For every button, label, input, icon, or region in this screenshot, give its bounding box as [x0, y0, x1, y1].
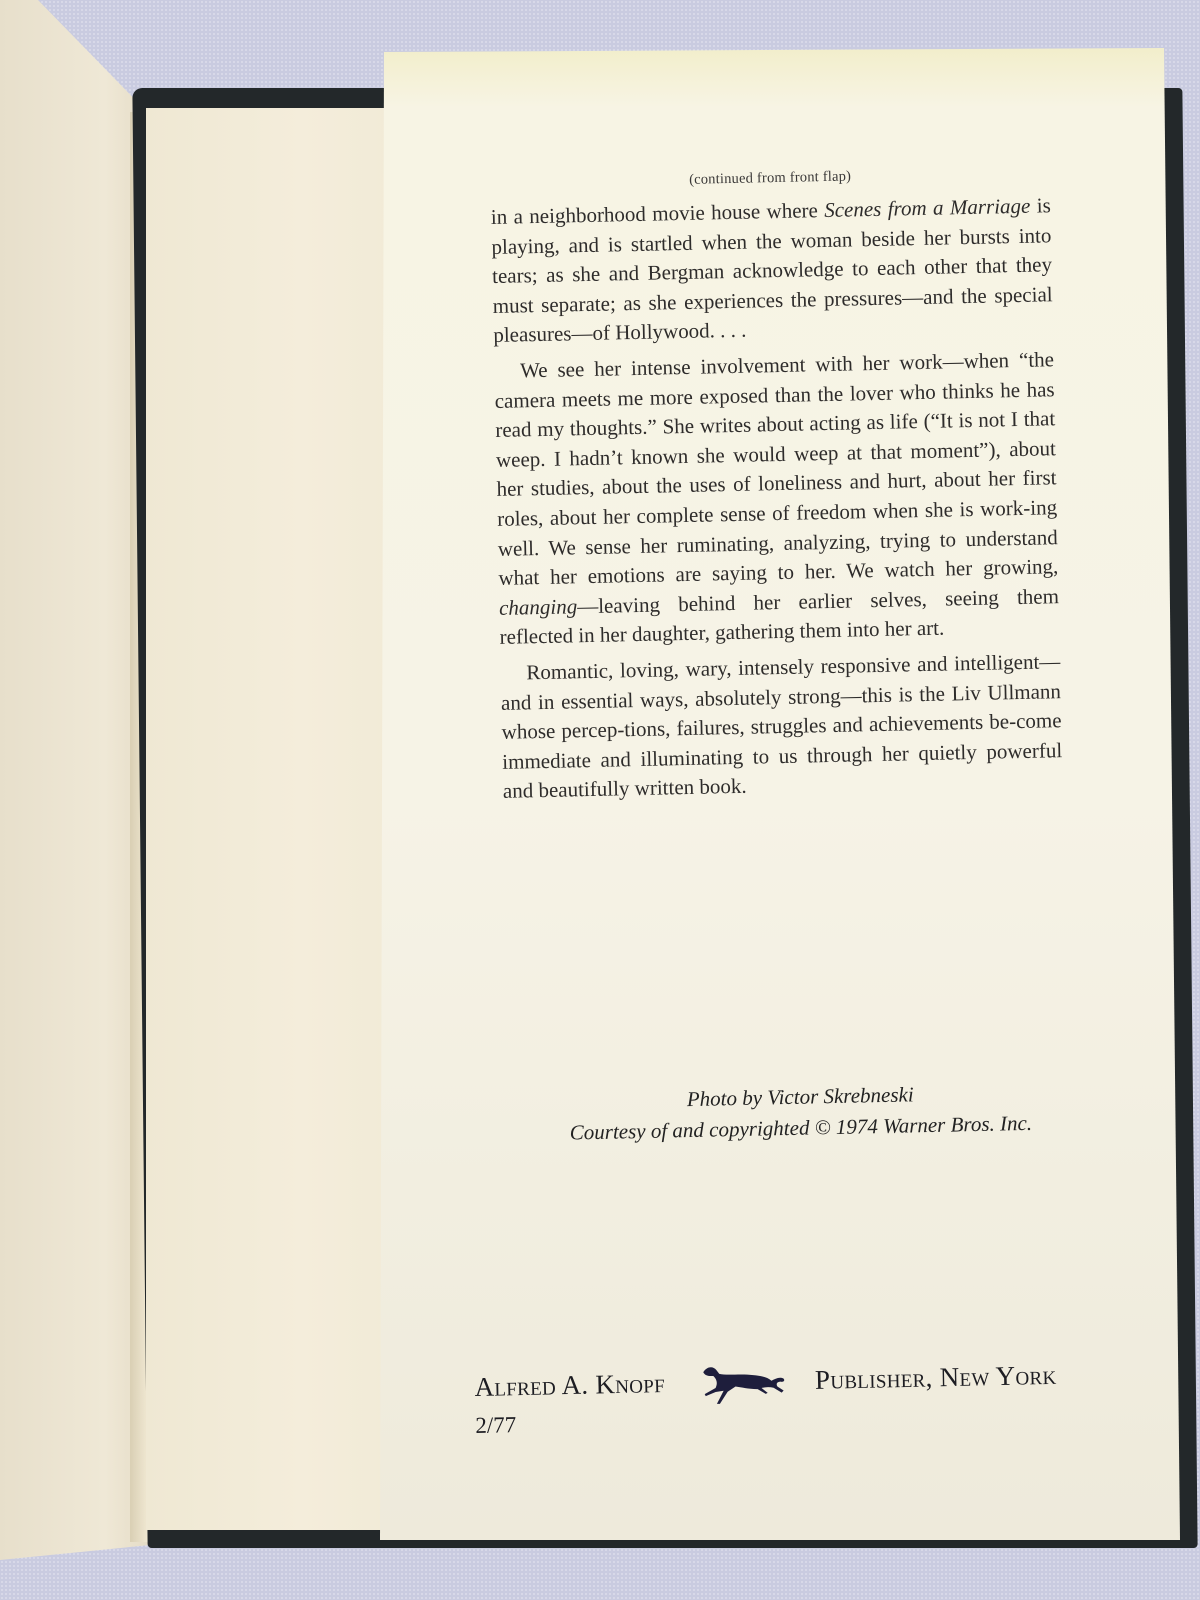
publisher-name: Alfred A. Knopf	[474, 1368, 665, 1403]
text-run: Romantic, loving, wary, intensely respon…	[501, 649, 1063, 803]
dust-jacket-flap: (continued from front flap) in a neighbo…	[380, 48, 1180, 1540]
photo-credits: Photo by Victor Skrebneski Courtesy of a…	[500, 1075, 1101, 1150]
paragraph-3: Romantic, loving, wary, intensely respon…	[500, 647, 1063, 807]
publisher-imprint: Alfred A. Knopf Publisher, New York 2/77	[474, 1348, 1175, 1439]
left-page	[0, 0, 150, 1560]
borzoi-dog-icon	[696, 1356, 789, 1406]
text-run: —leaving behind her earlier selves, seei…	[499, 584, 1059, 649]
text-run: We see her intense involvement with her …	[494, 347, 1058, 590]
paragraph-2: We see her intense involvement with her …	[494, 345, 1060, 653]
flap-copy: (continued from front flap) in a neighbo…	[490, 164, 1063, 806]
emphasis: changing	[499, 594, 578, 620]
paragraph-1: in a neighborhood movie house where Scen…	[491, 191, 1054, 351]
publisher-location: Publisher, New York	[815, 1359, 1057, 1395]
book-title: Scenes from a Marriage	[824, 194, 1031, 222]
endpaper	[146, 108, 406, 1530]
text-run: in a neighborhood movie house where	[491, 198, 825, 229]
continued-note: (continued from front flap)	[490, 164, 1050, 193]
